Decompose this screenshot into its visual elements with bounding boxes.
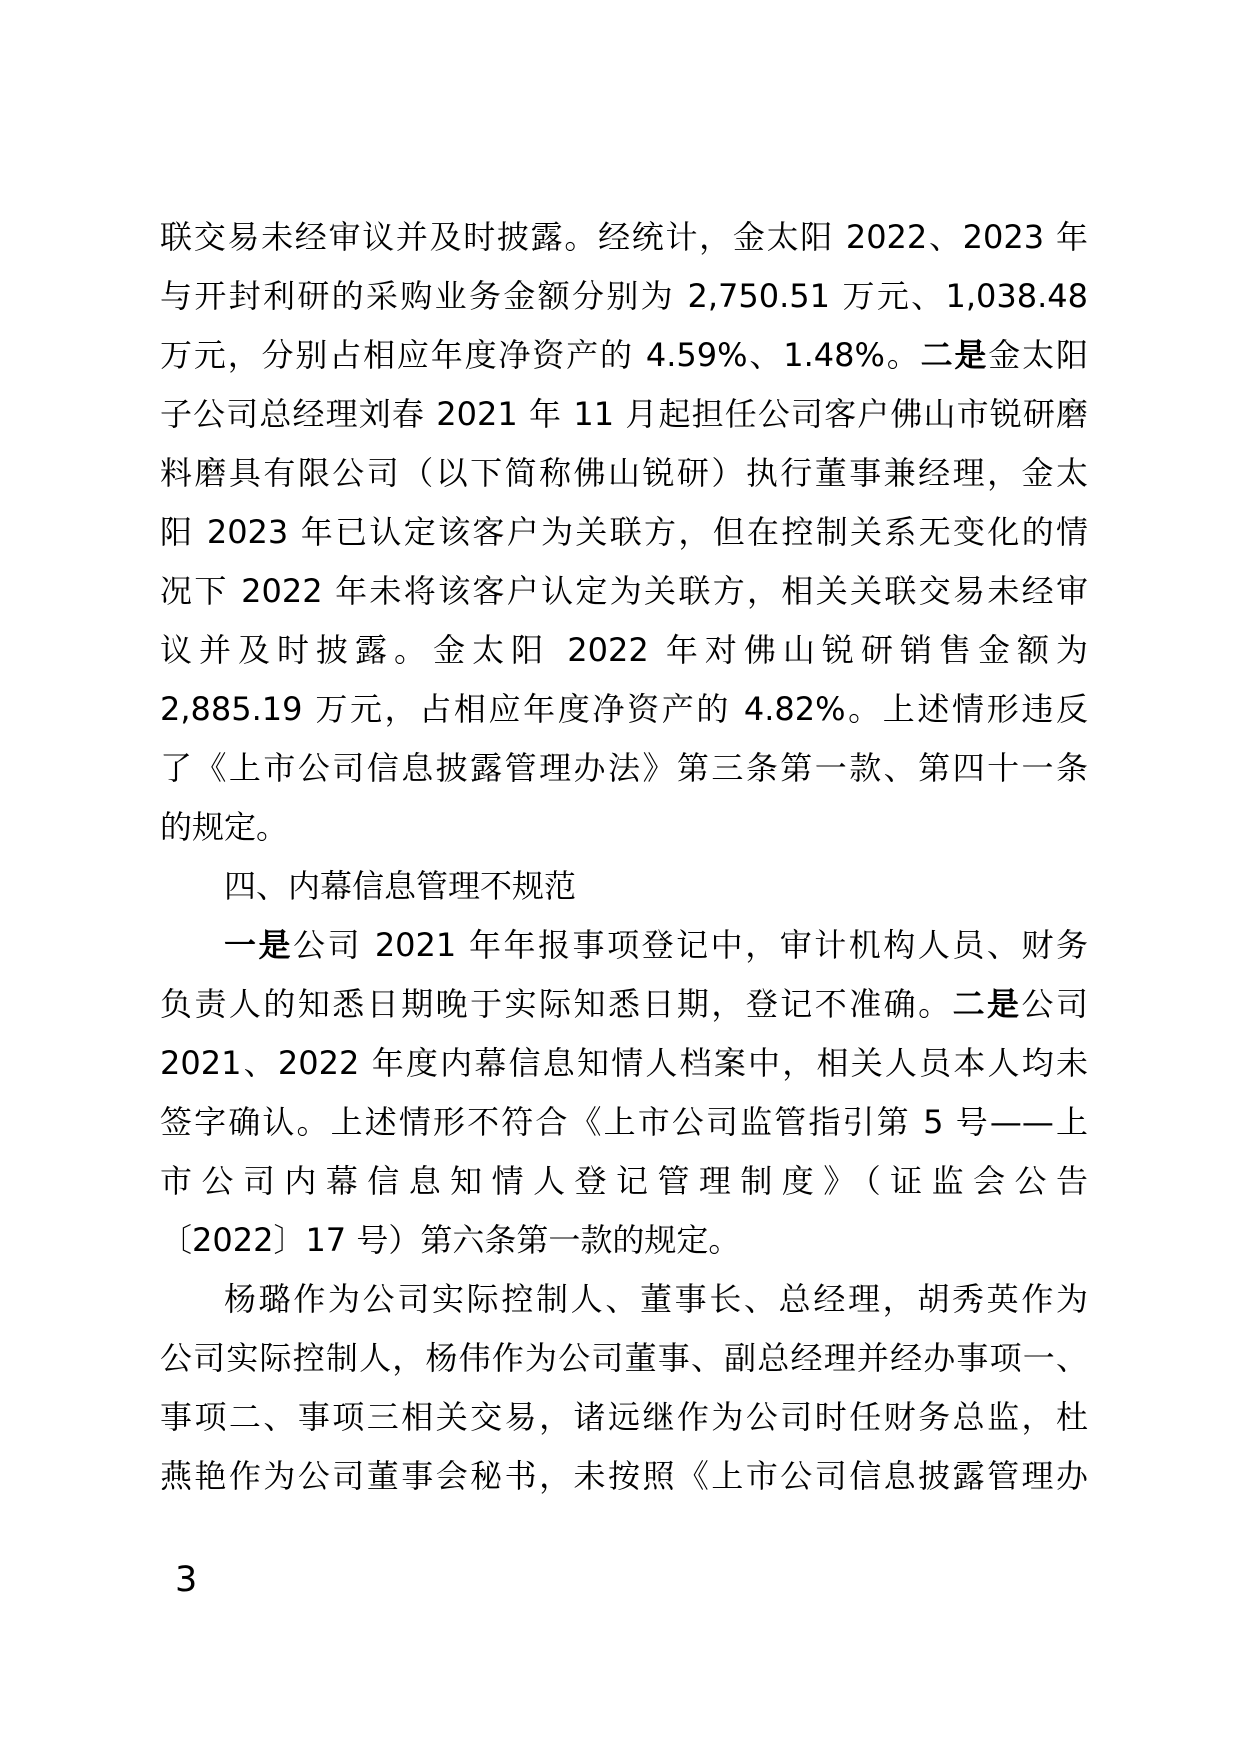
text-run: 负责人的知悉日期晚于实际知悉日期，登记不准确。	[160, 985, 953, 1023]
page-number: 3	[175, 1556, 197, 1604]
text-line-16: 签字确认。上述情形不符合《上市公司监管指引第 5 号——上	[160, 1093, 1088, 1152]
text-line-7: 况下 2022 年未将该客户认定为关联方，相关关联交易未经审	[160, 562, 1088, 621]
text-line-3: 万元，分别占相应年度净资产的 4.59%、1.48%。二是金太阳	[160, 326, 1088, 385]
bold-run: 一是	[224, 926, 293, 964]
bold-run: 二是	[953, 985, 1022, 1023]
text-run: 杨璐作为公司实际控制人、董事长、总经理，胡秀英作为	[224, 1280, 1088, 1318]
text-run: 燕艳作为公司董事会秘书，未按照《上市公司信息披露管理办	[160, 1457, 1088, 1495]
text-run: 事项二、事项三相关交易，诸远继作为公司时任财务总监，杜	[160, 1398, 1088, 1436]
document-body: 联交易未经审议并及时披露。经统计，金太阳 2022、2023 年与开封利研的采购…	[160, 208, 1088, 1506]
text-run: 公司实际控制人，杨伟作为公司董事、副总经理并经办事项一、	[160, 1339, 1088, 1377]
text-line-4: 子公司总经理刘春 2021 年 11 月起担任公司客户佛山市锐研磨	[160, 385, 1088, 444]
text-line-5: 料磨具有限公司（以下简称佛山锐研）执行董事兼经理，金太	[160, 444, 1088, 503]
document-page: 联交易未经审议并及时披露。经统计，金太阳 2022、2023 年与开封利研的采购…	[0, 0, 1241, 1754]
text-run: 〔2022〕17 号）第六条第一款的规定。	[160, 1221, 740, 1259]
text-line-15: 2021、2022 年度内幕信息知情人档案中，相关人员本人均未	[160, 1034, 1088, 1093]
text-line-6: 阳 2023 年已认定该客户为关联方，但在控制关系无变化的情	[160, 503, 1088, 562]
text-run: 公司 2021 年年报事项登记中，审计机构人员、财务	[293, 926, 1088, 964]
text-run: 签字确认。上述情形不符合《上市公司监管指引第 5 号——上	[160, 1103, 1088, 1141]
text-run: 阳 2023 年已认定该客户为关联方，但在控制关系无变化的情	[160, 513, 1088, 551]
bold-run: 二是	[921, 336, 989, 374]
text-run: 了《上市公司信息披露管理办法》第三条第一款、第四十一条	[160, 749, 1088, 787]
text-run: 2021、2022 年度内幕信息知情人档案中，相关人员本人均未	[160, 1044, 1088, 1082]
text-run: 子公司总经理刘春 2021 年 11 月起担任公司客户佛山市锐研磨	[160, 395, 1088, 433]
text-run: 四、内幕信息管理不规范	[224, 867, 576, 905]
text-run: 料磨具有限公司（以下简称佛山锐研）执行董事兼经理，金太	[160, 454, 1088, 492]
text-line-1: 联交易未经审议并及时披露。经统计，金太阳 2022、2023 年	[160, 208, 1088, 267]
text-line-13: 一是公司 2021 年年报事项登记中，审计机构人员、财务	[160, 916, 1088, 975]
text-line-12: 四、内幕信息管理不规范	[160, 857, 1088, 916]
text-run: 金太阳	[988, 336, 1088, 374]
text-run: 与开封利研的采购业务金额分别为 2,750.51 万元、1,038.48	[160, 277, 1088, 315]
text-line-14: 负责人的知悉日期晚于实际知悉日期，登记不准确。二是公司	[160, 975, 1088, 1034]
text-line-17: 市公司内幕信息知情人登记管理制度》（证监会公告	[160, 1152, 1088, 1211]
text-line-8: 议并及时披露。金太阳 2022 年对佛山锐研销售金额为	[160, 621, 1088, 680]
text-run: 议并及时披露。金太阳 2022 年对佛山锐研销售金额为	[160, 631, 1088, 669]
text-run: 的规定。	[160, 808, 288, 846]
text-run: 万元，分别占相应年度净资产的 4.59%、1.48%。	[160, 336, 921, 374]
text-line-19: 杨璐作为公司实际控制人、董事长、总经理，胡秀英作为	[160, 1270, 1088, 1329]
text-run: 公司	[1022, 985, 1088, 1023]
text-line-2: 与开封利研的采购业务金额分别为 2,750.51 万元、1,038.48	[160, 267, 1088, 326]
text-run: 况下 2022 年未将该客户认定为关联方，相关关联交易未经审	[160, 572, 1088, 610]
text-line-21: 事项二、事项三相关交易，诸远继作为公司时任财务总监，杜	[160, 1388, 1088, 1447]
text-line-9: 2,885.19 万元，占相应年度净资产的 4.82%。上述情形违反	[160, 680, 1088, 739]
text-line-11: 的规定。	[160, 798, 1088, 857]
text-line-10: 了《上市公司信息披露管理办法》第三条第一款、第四十一条	[160, 739, 1088, 798]
text-run: 2,885.19 万元，占相应年度净资产的 4.82%。上述情形违反	[160, 690, 1088, 728]
text-line-22: 燕艳作为公司董事会秘书，未按照《上市公司信息披露管理办	[160, 1447, 1088, 1506]
text-run: 市公司内幕信息知情人登记管理制度》（证监会公告	[160, 1162, 1088, 1200]
text-run: 联交易未经审议并及时披露。经统计，金太阳 2022、2023 年	[160, 218, 1088, 256]
text-line-20: 公司实际控制人，杨伟作为公司董事、副总经理并经办事项一、	[160, 1329, 1088, 1388]
text-line-18: 〔2022〕17 号）第六条第一款的规定。	[160, 1211, 1088, 1270]
